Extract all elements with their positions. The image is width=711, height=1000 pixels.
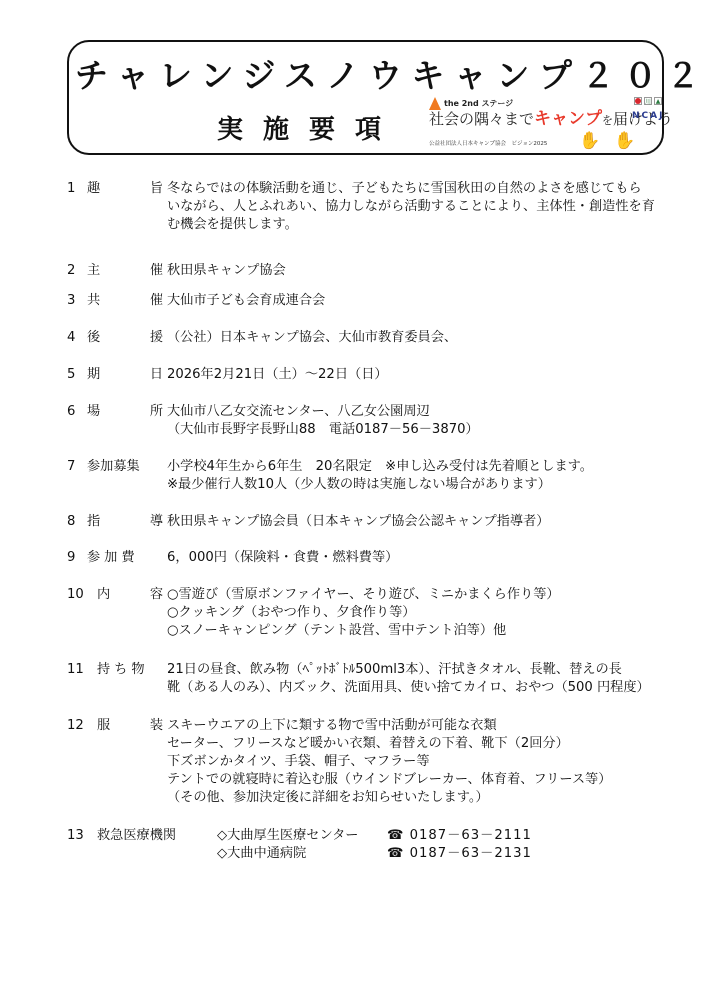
item-label: 場所: [87, 403, 167, 439]
item-emergency-medical: 13 救急医療機関 ◇大曲厚生医療センター ☎ 0187－63－2111 ◇大曲…: [67, 827, 677, 863]
item-instructors: 8 指導 秋田県キャンプ協会員（日本キャンプ協会公認キャンプ指導者）: [67, 513, 677, 531]
item-label: 共催: [87, 292, 167, 310]
item-label: 参加募集: [87, 458, 167, 494]
item-venue: 6 場所 大仙市八乙女交流センター、八乙女公園周辺 （大仙市長野字長野山88 電…: [67, 403, 677, 439]
item-label: 救急医療機関: [87, 827, 205, 863]
item-content: 小学校4年生から6年生 20名限定 ※申し込み受付は先着順とします。 ※最少催行…: [167, 458, 677, 494]
item-number: 3: [67, 292, 87, 310]
logo-stage-text: the 2nd ステージ: [444, 98, 513, 109]
item-date: 5 期日 2026年2月21日（土）～22日（日）: [67, 366, 677, 384]
item-label: 服装: [87, 717, 167, 807]
item-content: 2026年2月21日（土）～22日（日）: [167, 366, 677, 384]
ncaj-emblem: 川 ▲: [634, 97, 662, 105]
item-number: 4: [67, 329, 87, 347]
item-content: ○雪遊び（雪原ボンファイヤー、そり遊び、ミニかまくら作り等） ○クッキング（おや…: [167, 586, 677, 640]
item-content: スキーウエアの上下に類する物で雪中活動が可能な衣類 セーター、フリースなど暖かい…: [167, 717, 677, 807]
page-subtitle: 実施要項: [217, 112, 401, 148]
item-organizer: 2 主催 秋田県キャンプ協会: [67, 262, 677, 280]
item-label: 後援: [87, 329, 167, 347]
phone-icon: ☎: [387, 828, 404, 843]
item-program: 10 内容 ○雪遊び（雪原ボンファイヤー、そり遊び、ミニかまくら作り等） ○クッ…: [67, 586, 677, 640]
phone-icon: ☎: [387, 846, 404, 861]
item-content: 秋田県キャンプ協会: [167, 262, 677, 280]
item-content: 6，000円（保険料・食費・燃料費等）: [167, 549, 677, 567]
logo-org-text: 公益社団法人日本キャンプ協会 ビジョン2025: [429, 139, 547, 147]
title-box: チャレンジスノウキャンプ２０２６ 実施要項 the 2nd ステージ 社会の隅々…: [67, 40, 664, 155]
hospital-name: ◇大曲中通病院: [217, 845, 387, 863]
item-supporters: 4 後援 （公社）日本キャンプ協会、大仙市教育委員会、: [67, 329, 677, 347]
slogan-prefix: 社会の隅々まで: [429, 110, 534, 128]
hospital-name: ◇大曲厚生医療センター: [217, 827, 387, 845]
item-label: 趣旨: [87, 180, 167, 234]
page-title: チャレンジスノウキャンプ２０２６: [75, 52, 665, 100]
item-recruitment: 7 参加募集 小学校4年生から6年生 20名限定 ※申し込み受付は先着順とします…: [67, 458, 677, 494]
hospital-row: ◇大曲中通病院 ☎ 0187－63－2131: [217, 845, 677, 863]
item-number: 12: [67, 717, 87, 807]
item-content: 冬ならではの体験活動を通じ、子どもたちに雪国秋田の自然のよさを感じてもら いなが…: [167, 180, 677, 234]
river-icon: 川: [644, 97, 652, 105]
ncaj-vision-logo: the 2nd ステージ 社会の隅々までキャンプを届けよう 公益社団法人日本キャ…: [429, 97, 664, 155]
item-content: 大仙市八乙女交流センター、八乙女公園周辺 （大仙市長野字長野山88 電話0187…: [167, 403, 677, 439]
hospital-row: ◇大曲厚生医療センター ☎ 0187－63－2111: [217, 827, 677, 845]
item-purpose: 1 趣旨 冬ならではの体験活動を通じ、子どもたちに雪国秋田の自然のよさを感じても…: [67, 180, 677, 234]
hospital-phone: ☎ 0187－63－2111: [387, 827, 532, 845]
item-content: 大仙市子ども会育成連合会: [167, 292, 677, 310]
item-label: 持ち物: [87, 661, 167, 697]
item-label: 期日: [87, 366, 167, 384]
item-number: 13: [67, 827, 87, 863]
item-number: 6: [67, 403, 87, 439]
item-label: 主催: [87, 262, 167, 280]
item-content: 秋田県キャンプ協会員（日本キャンプ協会公認キャンプ指導者）: [167, 513, 677, 531]
item-content: ◇大曲厚生医療センター ☎ 0187－63－2111 ◇大曲中通病院 ☎ 018…: [205, 827, 677, 863]
ncaj-text: NCAJ: [632, 111, 664, 121]
item-content: （公社）日本キャンプ協会、大仙市教育委員会、: [167, 329, 677, 347]
hospital-phone: ☎ 0187－63－2131: [387, 845, 532, 863]
item-number: 11: [67, 661, 87, 697]
slogan-particle: を: [602, 114, 613, 127]
item-number: 7: [67, 458, 87, 494]
item-fee: 9 参加費 6，000円（保険料・食費・燃料費等）: [67, 549, 677, 567]
item-belongings: 11 持ち物 21日の昼食、飲み物（ﾍﾟｯﾄﾎﾞﾄﾙ500ml3本）、汗拭きタオ…: [67, 661, 677, 697]
sun-icon: [634, 97, 642, 105]
item-number: 5: [67, 366, 87, 384]
item-number: 8: [67, 513, 87, 531]
item-number: 2: [67, 262, 87, 280]
item-clothing: 12 服装 スキーウエアの上下に類する物で雪中活動が可能な衣類 セーター、フリー…: [67, 717, 677, 807]
item-label: 指導: [87, 513, 167, 531]
slogan-highlight: キャンプ: [534, 109, 602, 129]
item-co-organizer: 3 共催 大仙市子ども会育成連合会: [67, 292, 677, 310]
tree-icon: ▲: [654, 97, 662, 105]
item-content: 21日の昼食、飲み物（ﾍﾟｯﾄﾎﾞﾄﾙ500ml3本）、汗拭きタオル、長靴、替え…: [167, 661, 677, 697]
clapping-hands-icon: ✋✋: [579, 131, 649, 151]
item-number: 10: [67, 586, 87, 640]
item-label: 内容: [87, 586, 167, 640]
item-label: 参加費: [87, 549, 167, 567]
item-number: 9: [67, 549, 87, 567]
item-number: 1: [67, 180, 87, 234]
